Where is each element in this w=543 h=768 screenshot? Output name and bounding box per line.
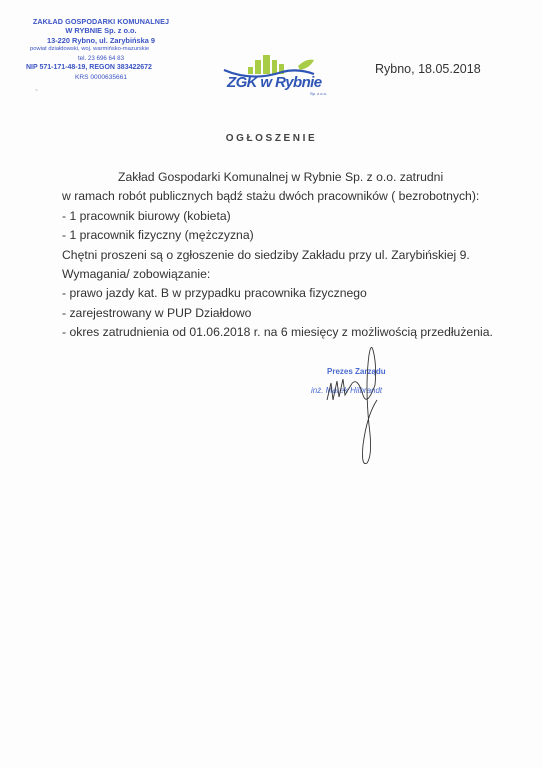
body-line: - zarejestrowany w PUP Działdowo	[62, 304, 522, 323]
body-line: Wymagania/ zobowiązanie:	[62, 265, 522, 284]
stamp-line: 13-220 Rybno, ul. Zarybińska 9	[26, 36, 176, 45]
place-date: Rybno, 18.05.2018	[375, 62, 481, 76]
body-line: - 1 pracownik fizyczny (mężczyzna)	[62, 226, 522, 245]
document-page: ZAKŁAD GOSPODARKI KOMUNALNEJ W RYBNIE Sp…	[0, 0, 543, 768]
stamp-line: KRS 0000635661	[26, 73, 176, 82]
body-line: - prawo jazdy kat. B w przypadku pracown…	[62, 284, 522, 303]
stamp-line: powiat działdowski, woj. warmińsko-mazur…	[26, 45, 176, 54]
announcement-body: Zakład Gospodarki Komunalnej w Rybnie Sp…	[62, 168, 522, 343]
stamp-line: tel. 23 696 64 83	[26, 54, 176, 63]
body-line: Chętni proszeni są o zgłoszenie do siedz…	[62, 246, 522, 265]
stamp-line: ZAKŁAD GOSPODARKI KOMUNALNEJ	[26, 17, 176, 26]
stamp-line: NIP 571-171-48-19, REGON 383422672	[26, 63, 176, 72]
body-line: - okres zatrudnienia od 01.06.2018 r. na…	[62, 323, 522, 342]
handwritten-signature-icon	[305, 345, 425, 470]
signature-block: Prezes Zarządu inż. Marek Hilbrandt	[305, 345, 425, 470]
logo-subtitle: Sp. z o.o.	[310, 91, 327, 96]
document-title: OGŁOSZENIE	[0, 133, 543, 144]
company-stamp: ZAKŁAD GOSPODARKI KOMUNALNEJ W RYBNIE Sp…	[26, 17, 176, 82]
logo-text: ZGK w Rybnie	[227, 74, 321, 91]
body-line: Zakład Gospodarki Komunalnej w Rybnie Sp…	[62, 168, 522, 187]
body-line: - 1 pracownik biurowy (kobieta)	[62, 207, 522, 226]
body-line: w ramach robót publicznych bądź stażu dw…	[62, 187, 522, 206]
stamp-line: W RYBNIE Sp. z o.o.	[26, 26, 176, 35]
company-logo: ZGK w Rybnie Sp. z o.o.	[222, 50, 332, 98]
scan-mark: ~	[35, 88, 38, 94]
